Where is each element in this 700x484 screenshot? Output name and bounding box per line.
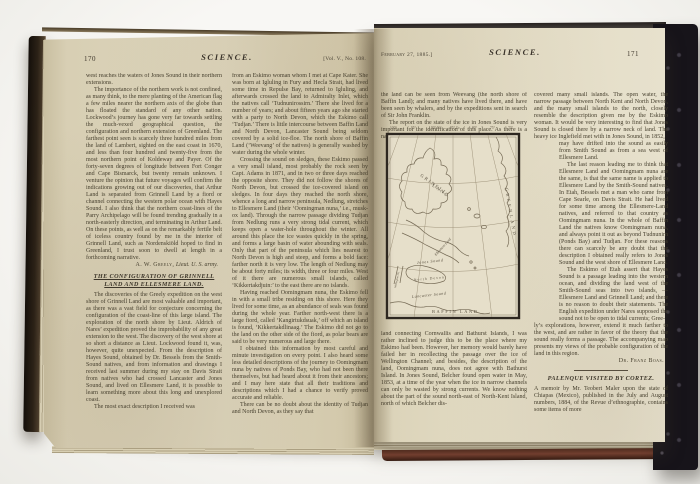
article-paragraph: A memoir by Mr. Teobert Maler upon the s… bbox=[534, 386, 668, 414]
longitude-tick: 100° bbox=[390, 126, 397, 130]
section-heading: PALENQUE VISITED BY CORTEZ. bbox=[538, 375, 664, 383]
article-paragraph: Having reached Oomingmam nuna, the Eskim… bbox=[232, 290, 368, 346]
page-number: 171 bbox=[627, 50, 639, 58]
left-page-column-1: west reaches the waters of Jones Sound i… bbox=[86, 73, 222, 447]
article-paragraph: The most exact description I received wa… bbox=[86, 404, 222, 411]
article-paragraph: the land can be seen from Weevang (the n… bbox=[381, 92, 527, 120]
longitude-tick: 70° bbox=[508, 126, 514, 130]
article-paragraph: There can be no doubt about the identity… bbox=[232, 402, 368, 416]
article-paragraph: I obtained this information by most care… bbox=[232, 346, 368, 402]
article-paragraph: may have drifted into the sound as easil… bbox=[559, 141, 668, 162]
cover-bottom-edge bbox=[382, 448, 680, 461]
article-paragraph: land connecting Cornwallis and Bathurst … bbox=[381, 331, 527, 408]
article-paragraph: The Eskimo of Etah assert that Hayes Sou… bbox=[559, 267, 668, 323]
article-paragraph: west reaches the waters of Jones Sound i… bbox=[86, 73, 222, 87]
arctic-map-figure: 100° 95° 90° W. 85° Gr. 80° 75° 70° bbox=[384, 120, 526, 326]
author-signature: A. W. Greely, Lieut. U. S. army. bbox=[86, 262, 222, 269]
longitude-tick: 80° bbox=[472, 126, 478, 130]
longitude-tick: 90° W. bbox=[431, 126, 441, 130]
article-paragraph: The last reason leading me to think that… bbox=[559, 162, 668, 267]
article-paragraph: ly’s explorations, however, extend it mu… bbox=[534, 323, 668, 358]
arctic-map: 100° 95° 90° W. 85° Gr. 80° 75° 70° bbox=[384, 120, 526, 326]
longitude-tick: 75° bbox=[490, 126, 496, 130]
volume-reference: [Vol. V., No. 108. bbox=[323, 56, 366, 62]
map-label-baffin-land: BAFFIN LAND bbox=[432, 309, 479, 314]
text-beside-map: may have drifted into the sound as easil… bbox=[559, 141, 668, 323]
left-page-column-2: from an Eskimo woman whom I met at Cape … bbox=[232, 73, 368, 447]
section-heading: THE CONFIGURATION OF GRINNELL LAND AND E… bbox=[90, 273, 218, 289]
journal-title: SCIENCE. bbox=[380, 47, 650, 57]
section-divider bbox=[574, 370, 628, 371]
author-name: A. W. Greely, bbox=[135, 262, 174, 268]
right-page-column-1-bottom: land connecting Cornwallis and Bathurst … bbox=[381, 331, 527, 437]
longitude-tick: 95° bbox=[411, 126, 417, 130]
right-page-column-2: covered many small islands. The open wat… bbox=[534, 92, 668, 442]
author-role: Lieut. U. S. army. bbox=[174, 262, 218, 268]
photo-background: 170 SCIENCE. [Vol. V., No. 108. west rea… bbox=[0, 0, 700, 484]
article-paragraph: The importance of the northern work is n… bbox=[86, 87, 222, 262]
article-paragraph: Crossing the sound on sledges, these Esk… bbox=[232, 157, 368, 290]
author-signature: Dr. Franz Boas. bbox=[534, 358, 668, 365]
article-paragraph: covered many small islands. The open wat… bbox=[534, 92, 668, 141]
longitude-tick: 85° Gr. bbox=[450, 126, 461, 130]
left-page: 170 SCIENCE. [Vol. V., No. 108. west rea… bbox=[44, 33, 374, 448]
article-paragraph: from an Eskimo woman whom I met at Cape … bbox=[232, 73, 368, 157]
longitude-ticks: 100° 95° 90° W. 85° Gr. 80° 75° 70° bbox=[390, 126, 514, 130]
right-page: February 27, 1885.] SCIENCE. 171 the lan… bbox=[374, 28, 665, 442]
article-paragraph: The discoveries of the Greely expedition… bbox=[86, 292, 222, 404]
